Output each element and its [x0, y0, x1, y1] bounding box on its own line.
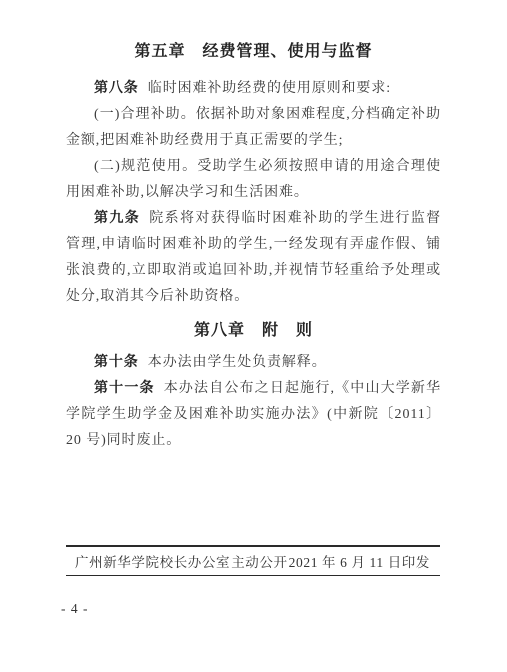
article-10-paragraph: 第十条本办法由学生处负责解释。	[66, 350, 441, 376]
article-11-label: 第十一条	[94, 381, 155, 396]
article-11-paragraph: 第十一条本办法自公布之日起施行,《中山大学新华学院学生助学金及困难补助实施办法》…	[66, 376, 441, 454]
footer-print-date: 2021 年 6 月 11 日印发	[289, 551, 430, 571]
chapter-8-heading: 第八章 附 则	[66, 321, 441, 341]
chapter-5-heading: 第五章 经费管理、使用与监督	[66, 42, 441, 62]
article-10-text: 本办法由学生处负责解释。	[148, 355, 327, 370]
article-8-item-2-paragraph: (二)规范使用。受助学生必须按照申请的用途合理使用困难补助,以解决学习和生活困难…	[66, 154, 441, 206]
document-body: 第五章 经费管理、使用与监督 第八条临时困难补助经费的使用原则和要求: (一)合…	[66, 42, 441, 454]
footer-issuer: 广州新华学院校长办公室	[75, 551, 230, 571]
article-8-paragraph: 第八条临时困难补助经费的使用原则和要求:	[66, 76, 441, 102]
document-footer: 广州新华学院校长办公室 主动公开 2021 年 6 月 11 日印发	[66, 545, 440, 576]
article-10-label: 第十条	[94, 355, 139, 370]
article-8-item-1-paragraph: (一)合理补助。依据补助对象困难程度,分档确定补助金额,把困难补助经费用于真正需…	[66, 102, 441, 154]
article-8-label: 第八条	[94, 81, 139, 96]
article-9-label: 第九条	[94, 211, 140, 226]
article-8-text: 临时困难补助经费的使用原则和要求:	[148, 81, 391, 96]
document-page: 第五章 经费管理、使用与监督 第八条临时困难补助经费的使用原则和要求: (一)合…	[0, 0, 507, 672]
article-9-paragraph: 第九条院系将对获得临时困难补助的学生进行监督管理,申请临时困难补助的学生,一经发…	[66, 206, 441, 310]
footer-disclosure: 主动公开	[231, 551, 287, 571]
page-number: - 4 -	[61, 601, 89, 617]
